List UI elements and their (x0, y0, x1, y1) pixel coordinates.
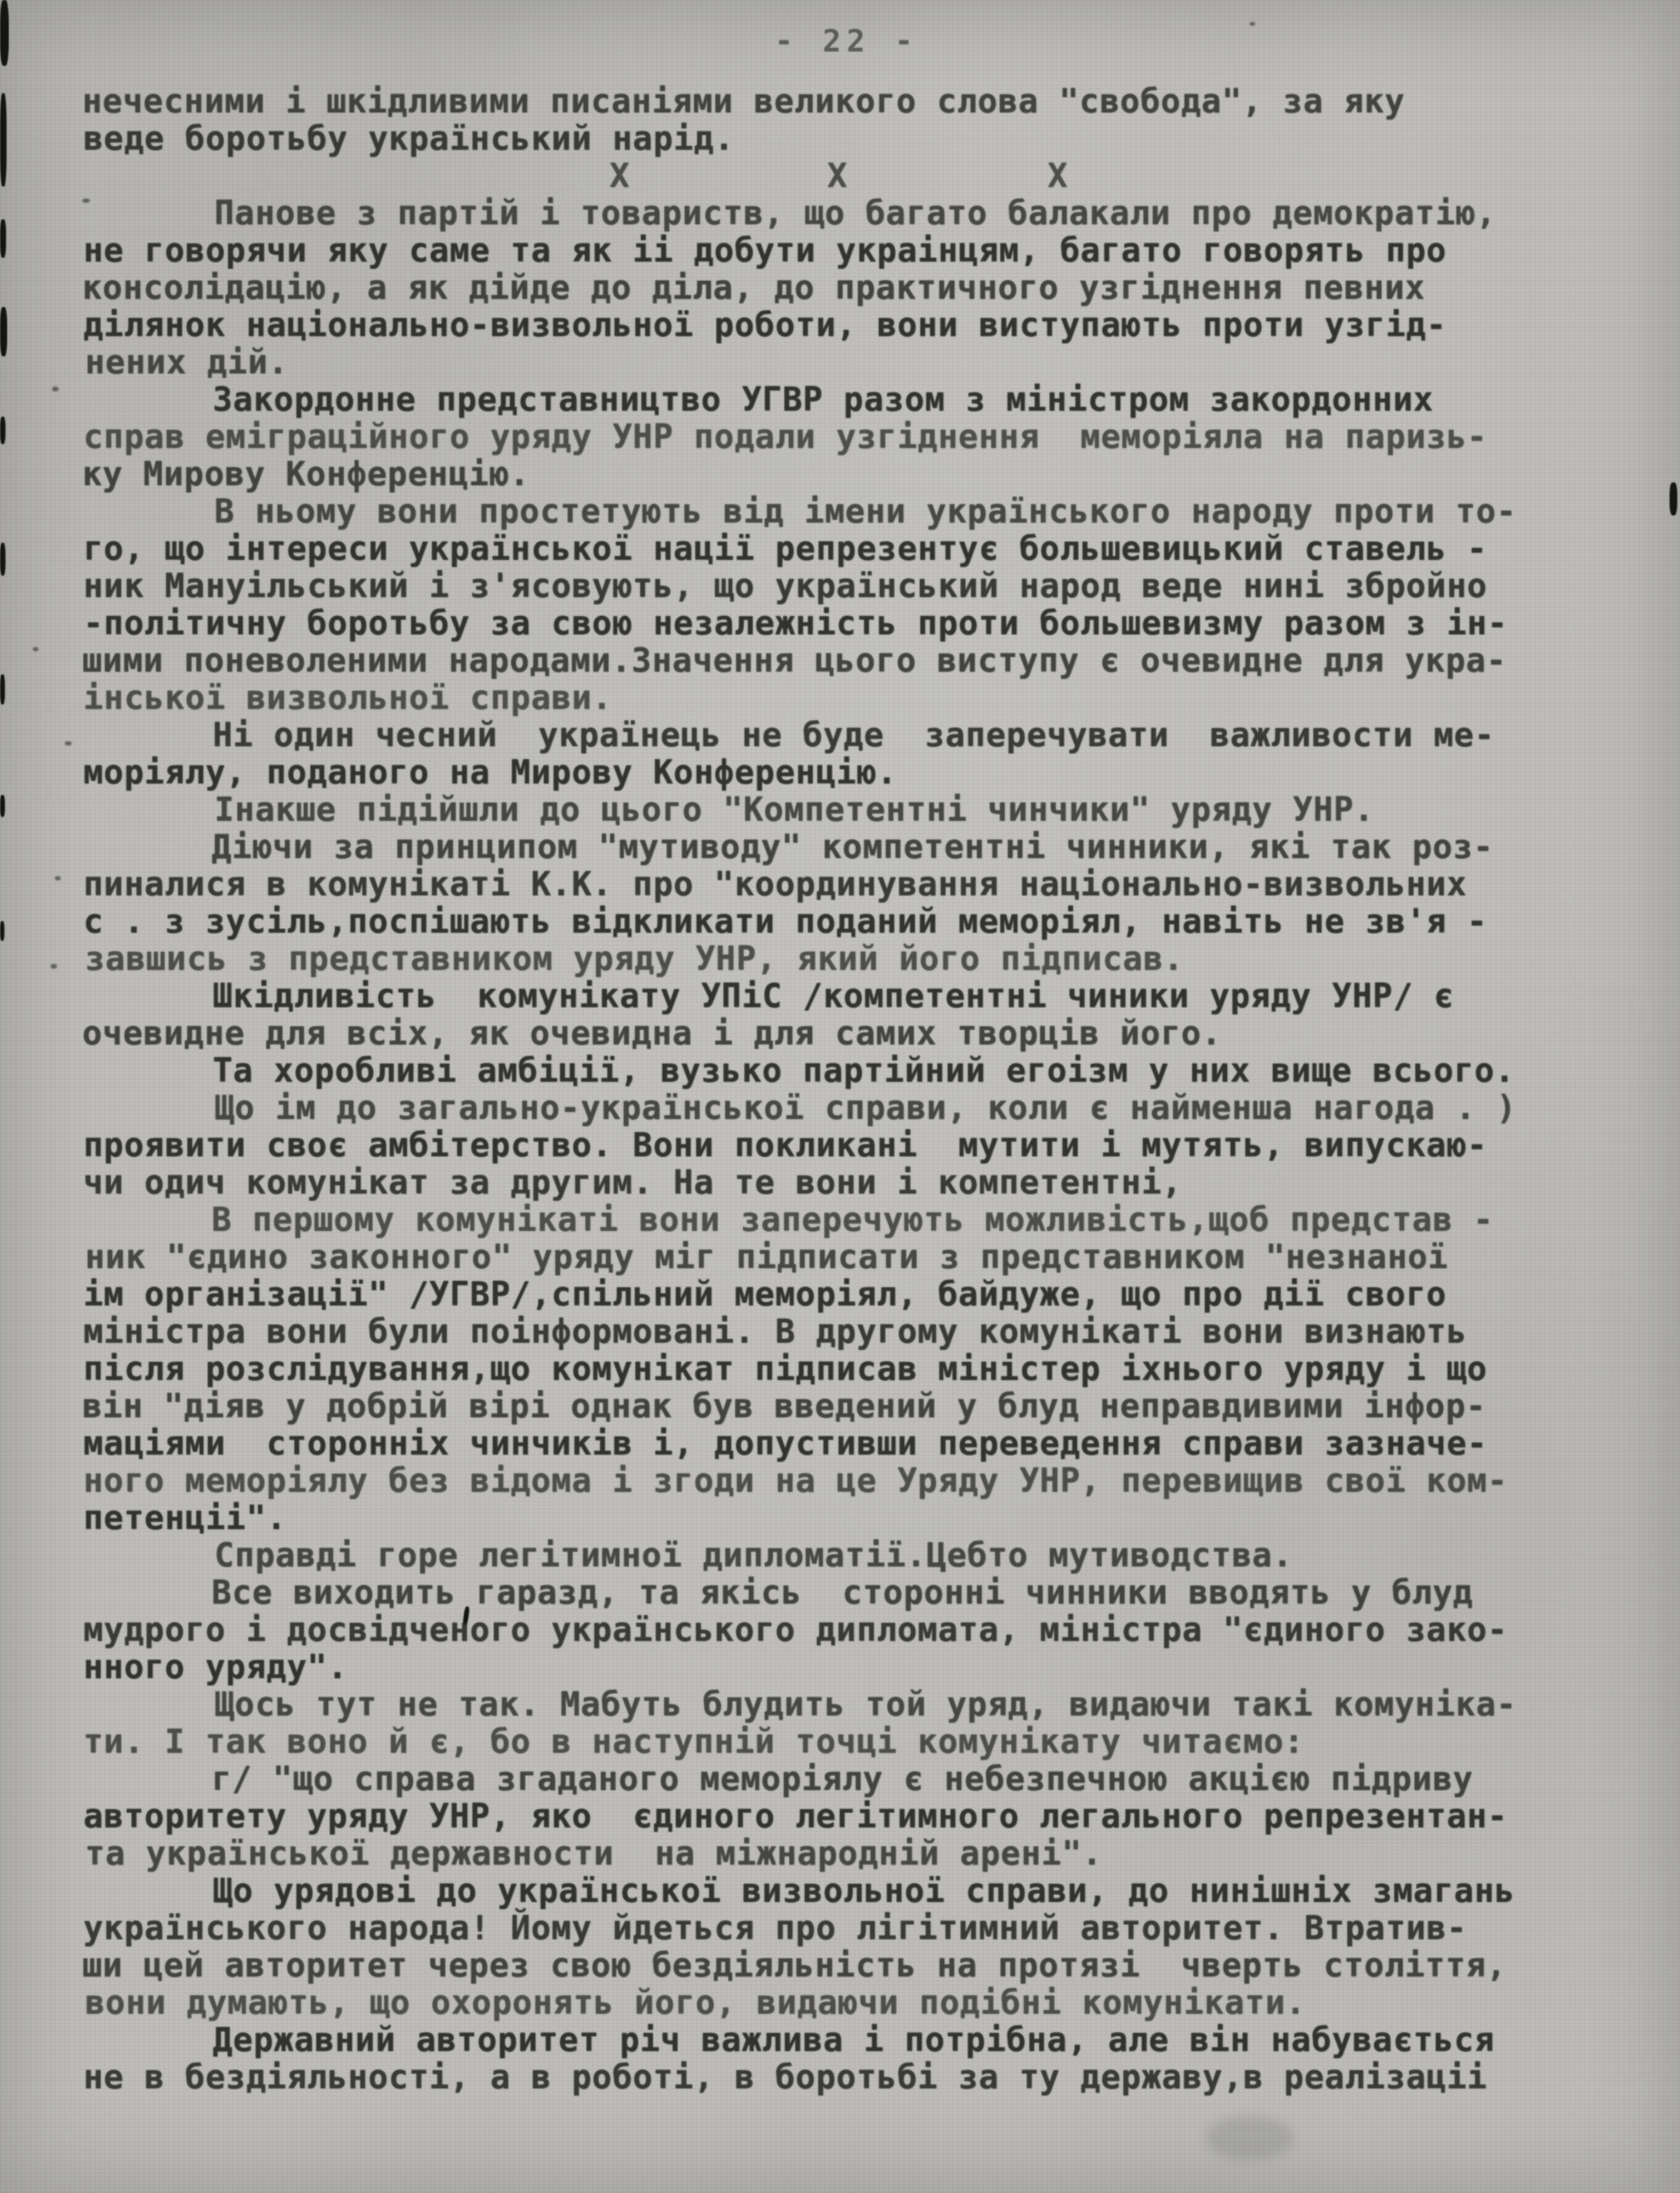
separator-mark: X (610, 157, 630, 195)
text-line: шими поневоленими народами.Значення цьог… (82, 642, 1609, 679)
text-line: Що ім до загально-української справи, ко… (85, 1089, 1611, 1127)
text-line: Щось тут не так. Мабуть блудить той уряд… (85, 1686, 1611, 1723)
scan-artifact (0, 307, 7, 356)
scan-artifact (0, 219, 6, 258)
document-page: - 22 - нечесними і шкідливими писаніями … (0, 0, 1680, 2193)
text-line: ник "єдино законного" уряду міг підписат… (85, 1238, 1611, 1276)
scan-speck (33, 647, 38, 651)
text-line: українського народа! Йому йдеться про лі… (83, 1910, 1610, 1947)
text-line: В ньому вони простетують від імени украї… (85, 493, 1611, 530)
text-line: він "діяв у добрій вірі однак був введен… (82, 1388, 1609, 1425)
text-line: нечесними і шкідливими писаніями великог… (82, 83, 1609, 120)
text-line: нених дій. (85, 344, 1611, 381)
text-line: Ні один чесний українець не буде запереч… (83, 717, 1610, 754)
separator-mark: X (827, 157, 847, 195)
text-line: Інакше підійшли до цього "Компетентні чи… (85, 791, 1611, 828)
text-line: петенціі". (83, 1499, 1610, 1537)
text-line: В першому комунікаті вони заперечують мо… (82, 1201, 1609, 1238)
text-line: не в бездіяльності, а в роботі, в бороть… (83, 2059, 1610, 2096)
text-line: ім організації" /УГВР/,спільний меморіял… (83, 1276, 1610, 1313)
text-line: завшись з представником уряду УНР, який … (85, 940, 1611, 978)
text-line: після розслідування,що комунікат підписа… (83, 1350, 1610, 1388)
text-line: справ еміграційного уряду УНР подали узг… (83, 418, 1610, 456)
text-line: міністра вони були поінформовані. В друг… (83, 1313, 1610, 1350)
scan-speck (50, 964, 57, 969)
scan-artifact (1670, 482, 1677, 515)
text-line: консолідацію, а як дійде до діла, до пра… (82, 269, 1609, 306)
text-lines: нечесними і шкідливими писаніями великог… (83, 83, 1610, 2096)
scan-speck (55, 876, 61, 880)
text-line: Діючи за принципом "мутиводу" компетентн… (82, 828, 1609, 866)
scan-speck (52, 387, 59, 391)
text-line: го, що інтереси української нації репрез… (83, 530, 1610, 567)
scan-artifact (0, 417, 5, 444)
page-content: - 22 - нечесними і шкідливими писаніями … (83, 23, 1610, 2096)
scan-artifact (0, 543, 5, 576)
text-line: не говорячи яку саме та як іі добути укр… (83, 232, 1610, 269)
text-line: чи одич комунікат за другим. На те вони … (83, 1164, 1610, 1201)
text-line: Справді горе легітимної дипломатії.Цебто… (85, 1537, 1611, 1574)
scan-artifact (0, 674, 5, 705)
scan-artifact (0, 921, 4, 941)
text-line: ти. І так воно й є, бо в наступній точці… (83, 1723, 1610, 1760)
text-line: -політичну боротьбу за свою незалежність… (83, 605, 1610, 642)
text-line: Шкідливість комунікату УПіС /компетентні… (83, 978, 1610, 1015)
text-line: Закордонне представництво УГВР разом з м… (83, 381, 1610, 418)
scan-smudge (1206, 2116, 1294, 2160)
text-line: ник Мануільський і з'ясовують, що україн… (83, 567, 1610, 605)
text-line: пиналися в комунікаті К.К. про "координу… (83, 866, 1610, 903)
text-line: інської визвольної справи. (83, 679, 1610, 717)
separator-mark: X (1047, 157, 1068, 195)
text-line: нного уряду". (83, 1649, 1610, 1686)
scan-speck (65, 741, 72, 746)
text-line: вони думають, що охоронять його, видаючи… (85, 1984, 1611, 2021)
text-line: ку Мирову Конференцію. (82, 456, 1609, 493)
text-line: ділянок національно-визвольної роботи, в… (83, 306, 1610, 344)
page-number: - 22 - (83, 23, 1610, 59)
text-line: Панове з партій і товариств, що багато б… (85, 195, 1611, 232)
scan-artifact (0, 93, 7, 186)
text-line: ного меморіялу без відома і згоди на це … (83, 1462, 1610, 1499)
text-line: моріялу, поданого на Мирову Конференцію. (83, 754, 1610, 791)
text-line: проявити своє амбітерство. Вони покликан… (83, 1127, 1610, 1164)
text-line: г/ "що справа згаданого меморіялу є небе… (82, 1760, 1609, 1798)
text-line: Державний авторитет річ важлива і потріб… (83, 2021, 1610, 2059)
text-line: очевидне для всіх, як очевидна і для сам… (82, 1015, 1609, 1052)
text-line: веде боротьбу український нарід. (83, 120, 1610, 157)
text-line: с . з зусіль,поспішають відкликати подан… (83, 903, 1610, 940)
text-line: ши цей авторитет через свою бездіяльніст… (82, 1947, 1609, 1984)
scan-artifact (0, 795, 5, 817)
section-separator: XXX (83, 157, 1610, 195)
text-line: авторитету уряду УНР, яко єдиного легіти… (83, 1798, 1610, 1835)
scan-artifact (0, 0, 9, 66)
text-line: та української державности на міжнародні… (85, 1835, 1611, 1872)
text-line: Та хоробливі амбіції, вузько партійний е… (83, 1052, 1610, 1089)
text-line: Що урядові до української визвольної спр… (83, 1872, 1610, 1910)
text-line: Все виходить гаразд, та якісь сторонні ч… (82, 1574, 1609, 1611)
text-line: мудрого і досвідченого українського дипл… (83, 1611, 1610, 1649)
text-line: маціями сторонніх чинчиків і, допустивши… (83, 1425, 1610, 1462)
